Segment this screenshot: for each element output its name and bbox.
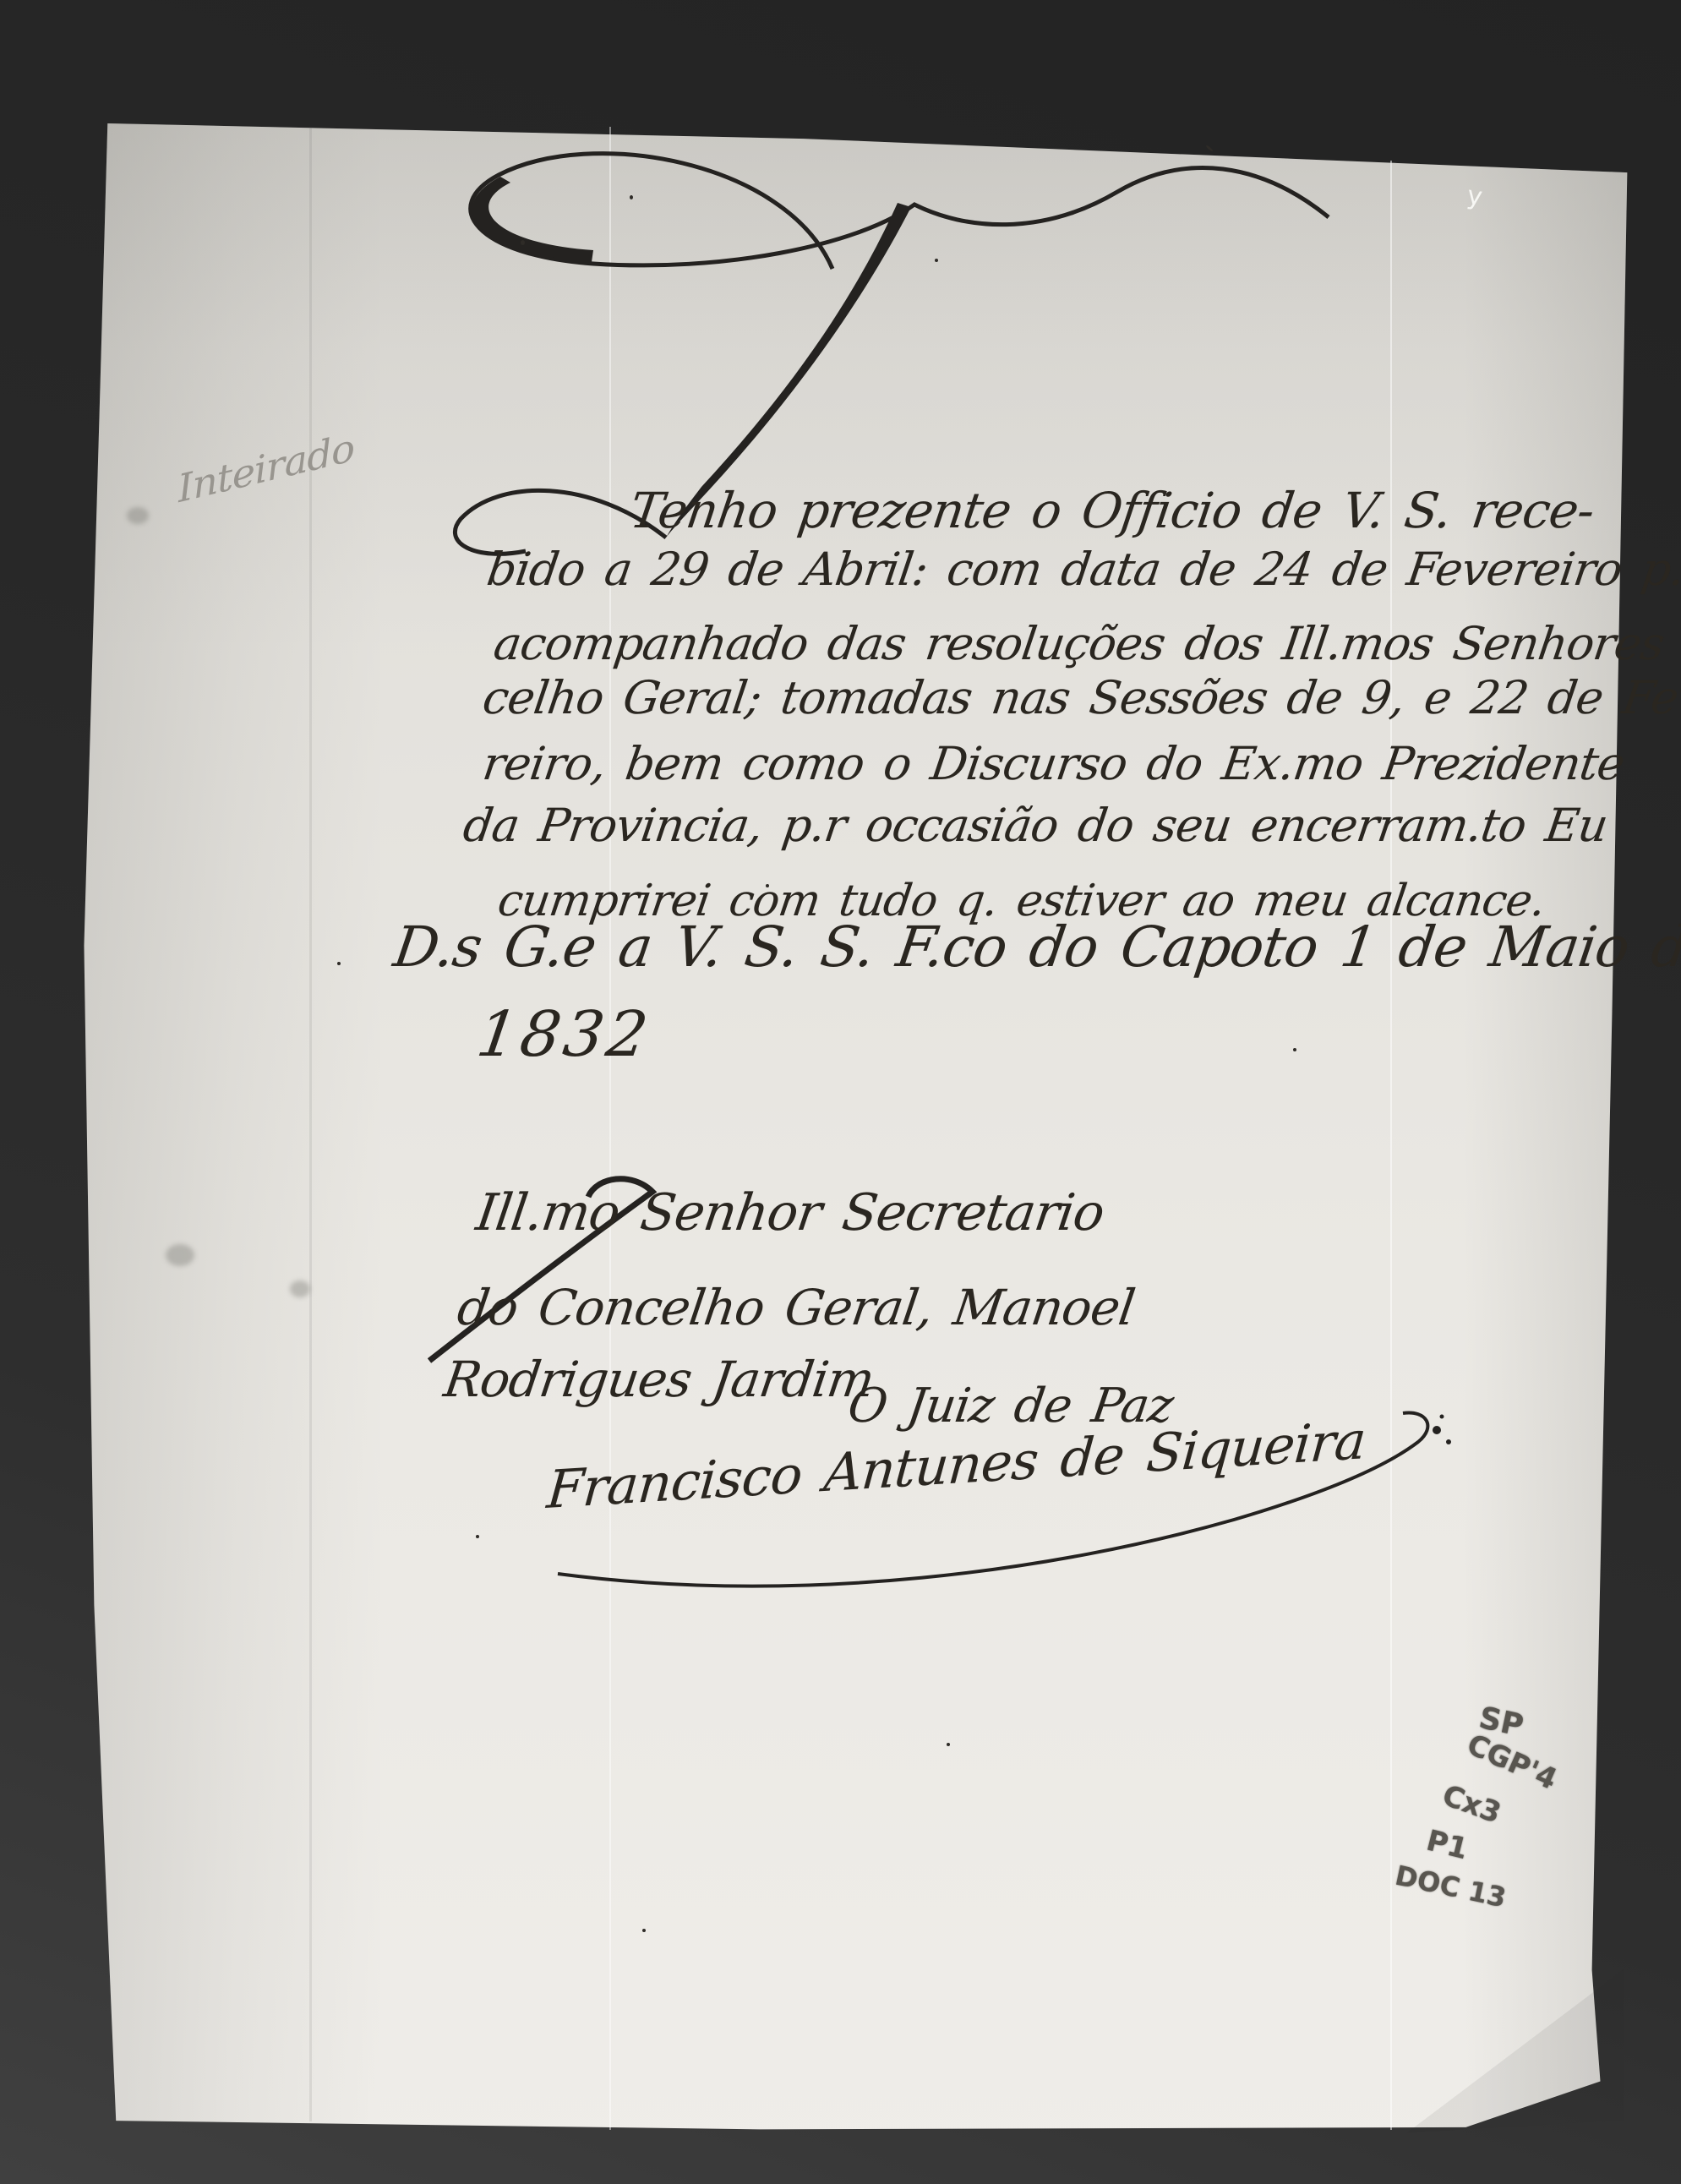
paper-smudge [166,1244,194,1266]
dust-speck [337,962,341,965]
body-line-2: bido a 29 de Abril: com data de 24 de Fe… [484,547,1681,592]
dust-speck [630,195,633,199]
body-line-6: da Provincia, p.r occasião do seu encerr… [461,803,1610,849]
paper-smudge [290,1280,310,1297]
body-line-5: reiro, bem como o Discurso do Ex.mo Prez… [480,741,1627,787]
scanner-background: Inteirado Tenho prezente o Officio de V.… [0,0,1681,2184]
dust-speck [1293,1048,1296,1051]
signature-title: O Juiz de Paz [845,1383,1176,1430]
dust-speck [1205,145,1214,152]
dust-speck [642,1929,646,1932]
body-line-8: D.s G.e a V. S. S. F.co do Capoto 1 de M… [390,920,1681,975]
dust-speck [935,259,938,262]
dust-speck [947,1743,950,1746]
archive-mark-p1: P1 [1424,1826,1471,1865]
body-line-3: acompanhado das resoluções dos Ill.mos S… [491,621,1681,667]
paper-smudge [127,507,149,524]
dust-speck [476,1535,479,1538]
body-line-1: Tenho prezente o Officio de V. S. rece- [627,486,1596,535]
body-line-9-year: 1832 [473,1003,655,1066]
dust-speck [521,240,525,245]
dust-speck [766,884,769,887]
addressee-line-1: Ill.mo Senhor Secretario [473,1188,1107,1238]
addressee-line-3: Rodrigues Jardim [441,1355,876,1404]
addressee-line-2: do Concelho Geral, Manoel [455,1283,1138,1332]
body-line-4: celho Geral; tomadas nas Sessões de 9, e… [480,675,1681,721]
